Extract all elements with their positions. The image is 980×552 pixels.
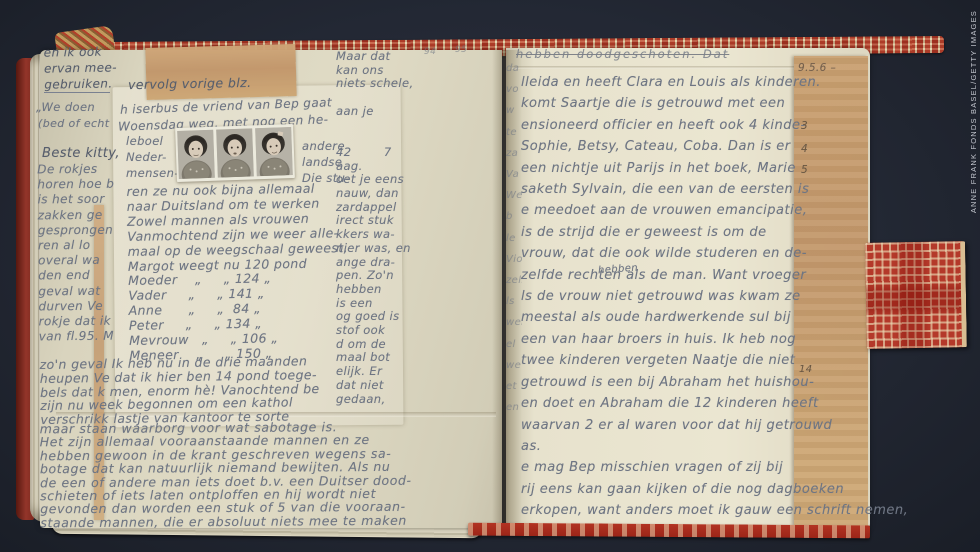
portrait-illustration	[216, 128, 254, 177]
margin-number-4: 4	[801, 143, 808, 155]
handwriting-line: Va	[506, 164, 522, 185]
handwriting-line: rij eens kan gaan kijken of die nog dagb…	[521, 479, 908, 500]
handwriting-line: dat niet	[336, 379, 414, 393]
handwriting-line: een van haar broers in huis. Ik heb nog	[521, 329, 908, 350]
handwriting-line: en	[506, 397, 522, 418]
left-bottom-lines: maar staan waarborg voor wat sabotage is…	[40, 420, 412, 530]
handwriting-line: oet je eens	[336, 173, 414, 187]
intro-line-1a: „We doen	[36, 100, 95, 114]
handwriting-line	[336, 119, 414, 133]
intro-line-2a: (bed of echt	[38, 117, 110, 130]
handwriting-line: ls de vrouw niet getrouwd was kwam ze	[521, 286, 908, 307]
handwriting-line: lleida en heeft Clara en Louis als kinde…	[521, 72, 908, 93]
handwriting-line: komt Saartje die is getrouwd met een	[521, 93, 908, 114]
handwriting-line: b	[506, 206, 522, 227]
handwriting-line: gesprongen	[38, 222, 115, 238]
handwriting-line: overal wa	[38, 253, 115, 269]
corner-note: en ik ookervan mee-gebruiken.	[44, 43, 118, 92]
handwriting-line: ensioneerd officier en heeft ook 4 kinde…	[521, 115, 908, 136]
fold-crease-right	[512, 66, 812, 69]
handwriting-line: ls	[506, 291, 522, 312]
handwriting-line: Vio	[506, 249, 522, 270]
handwriting-line: horen hoe b	[37, 177, 114, 193]
handwriting-line	[336, 132, 414, 146]
handwriting-line: kkers wa-	[336, 228, 414, 242]
handwriting-line: vrouw, dat die ook wilde studeren en de-	[521, 243, 908, 264]
tape-caption: vervolg vorige blz.	[128, 75, 252, 92]
left-mid-lines: zo'n geval Ik heb nu in de drie maandenh…	[40, 354, 321, 427]
handwriting-line: nauw, dan	[336, 187, 414, 201]
handwriting-line: waarvan 2 er al waren voor dat hij getro…	[521, 415, 908, 436]
handwriting-line: is een	[336, 297, 414, 311]
handwriting-line: le	[506, 228, 522, 249]
handwriting-line: zelfde rechten als de man. Want vroeger	[521, 265, 908, 286]
handwriting-line: staande mannen, die er absoluut niets me…	[40, 514, 412, 530]
handwriting-line: el	[506, 334, 522, 355]
handwriting-line: rokje dat ik	[39, 314, 116, 330]
margin-number-14: 14	[799, 364, 813, 375]
handwriting-line: Sophie, Betsy, Cateau, Coba. Dan is er	[521, 136, 908, 157]
page-number-right: 95	[455, 45, 467, 55]
handwriting-line: da	[506, 58, 522, 79]
anne-portrait-photo	[216, 128, 254, 177]
handwriting-line: twee kinderen vergeten Naatje die niet	[521, 350, 908, 371]
left-main-column: ren ze nu ook bijna allemaalnaar Duitsla…	[126, 181, 349, 364]
handwriting-line: wer	[506, 312, 522, 333]
handwriting-line: en doet en Abraham die 12 kinderen heeft	[521, 393, 908, 414]
handwriting-line: zardappel	[336, 201, 414, 215]
handwriting-line: ervan mee-	[44, 59, 117, 76]
handwriting-line: en ik ook	[44, 43, 117, 60]
red-cover-edge-bottom	[468, 523, 870, 539]
handwriting-line: vo	[506, 79, 522, 100]
handwriting-line: durven Ve	[38, 298, 115, 314]
margin-number-3: 3	[801, 120, 808, 132]
handwriting-line: w	[506, 100, 522, 121]
handwriting-line: aan je	[336, 105, 414, 119]
struck-top-line: hebben doodgeschoten. Dat	[516, 47, 729, 61]
handwriting-line: irect stuk	[336, 214, 414, 228]
handwriting-line: leboel	[126, 133, 179, 149]
handwriting-line: d om de	[336, 338, 414, 352]
left-right-column: Maar datkan onsniets schele, aan je 42 7…	[336, 50, 414, 406]
handwriting-line: e meedoet aan de vrouwen emancipatie,	[521, 200, 908, 221]
photo-strip	[175, 124, 295, 182]
photo-scene: en ik ookervan mee-gebruiken. vervolg vo…	[0, 0, 980, 552]
handwriting-line: De rokjes	[37, 162, 114, 178]
handwriting-line: den end	[38, 268, 115, 284]
handwriting-line: erkopen, want anders moet ik gauw een sc…	[521, 500, 908, 521]
handwriting-line: stof ook	[336, 324, 414, 338]
right-main-column: lleida en heeft Clara en Louis als kinde…	[521, 72, 908, 522]
handwriting-line: Neder-	[126, 149, 179, 165]
handwriting-line: mensen-	[126, 165, 179, 181]
handwriting-line: ange dra-	[336, 256, 414, 270]
handwriting-line: ren al lo	[38, 238, 115, 254]
handwriting-line: meestal als oude hardwerkende sul bij	[521, 307, 908, 328]
handwriting-line: saketh Sylvain, die een van de eersten i…	[521, 179, 908, 200]
tape-strip-top-left	[145, 44, 296, 100]
tape-date: 9.5.6 –	[798, 62, 836, 74]
handwriting-line: te	[506, 122, 522, 143]
salutation: Beste kitty,	[42, 146, 120, 161]
handwriting-line: We	[506, 185, 522, 206]
handwriting-line: aag.	[336, 160, 414, 174]
photo-credit: ANNE FRANK FONDS BASEL/GETTY IMAGES	[969, 10, 978, 213]
handwriting-line: is de strijd die er geweest is om de	[521, 222, 908, 243]
left-fragment-column: De rokjeshoren hoe bis het soorzakken ge…	[37, 162, 115, 345]
right-margin-fragments: davowtezaVaWebleViozelllswerelweeten	[506, 58, 522, 418]
handwriting-line: is het soor	[37, 192, 114, 208]
handwriting-line: een nichtje uit Parijs in het boek, Mari…	[521, 158, 908, 179]
handwriting-line: pen. Zo'n	[336, 269, 414, 283]
portrait-illustration	[255, 127, 293, 176]
handwriting-line: van fl.95. M	[39, 329, 116, 345]
red-checked-closing-flap	[865, 241, 967, 349]
handwriting-line: getrouwd is een bij Abraham het huishou-	[521, 372, 908, 393]
handwriting-line: zakken ge	[38, 207, 115, 223]
handwriting-line: kan ons	[336, 64, 414, 78]
corner-note-underline	[44, 90, 110, 93]
handwriting-line	[336, 91, 414, 105]
anne-portrait-photo	[255, 127, 293, 176]
handwriting-line: zell	[506, 270, 522, 291]
page-number-left: 94	[424, 47, 436, 57]
anne-portrait-photo	[177, 130, 215, 179]
margin-number-5: 5	[801, 164, 808, 176]
handwriting-line: we	[506, 355, 522, 376]
words-left-of-photos: leboelNeder-mensen-	[126, 133, 179, 181]
handwriting-line: Maar dat	[336, 50, 414, 64]
handwriting-line: e mag Bep misschien vragen of zij bij	[521, 457, 908, 478]
handwriting-line: elijk. Er	[336, 365, 414, 379]
portrait-illustration	[177, 130, 215, 179]
handwriting-line: as.	[521, 436, 908, 457]
handwriting-line: niets schele,	[336, 77, 414, 91]
handwriting-line: nier was, en	[336, 242, 414, 256]
handwriting-line: geval wat	[38, 283, 115, 299]
handwriting-line: gedaan,	[336, 393, 414, 407]
handwriting-line: za	[506, 143, 522, 164]
handwriting-line: hebben	[336, 283, 414, 297]
handwriting-line: og goed is	[336, 310, 414, 324]
handwriting-line: et	[506, 376, 522, 397]
handwriting-line: maal bot	[336, 351, 414, 365]
handwriting-line: 42 7	[336, 146, 414, 160]
